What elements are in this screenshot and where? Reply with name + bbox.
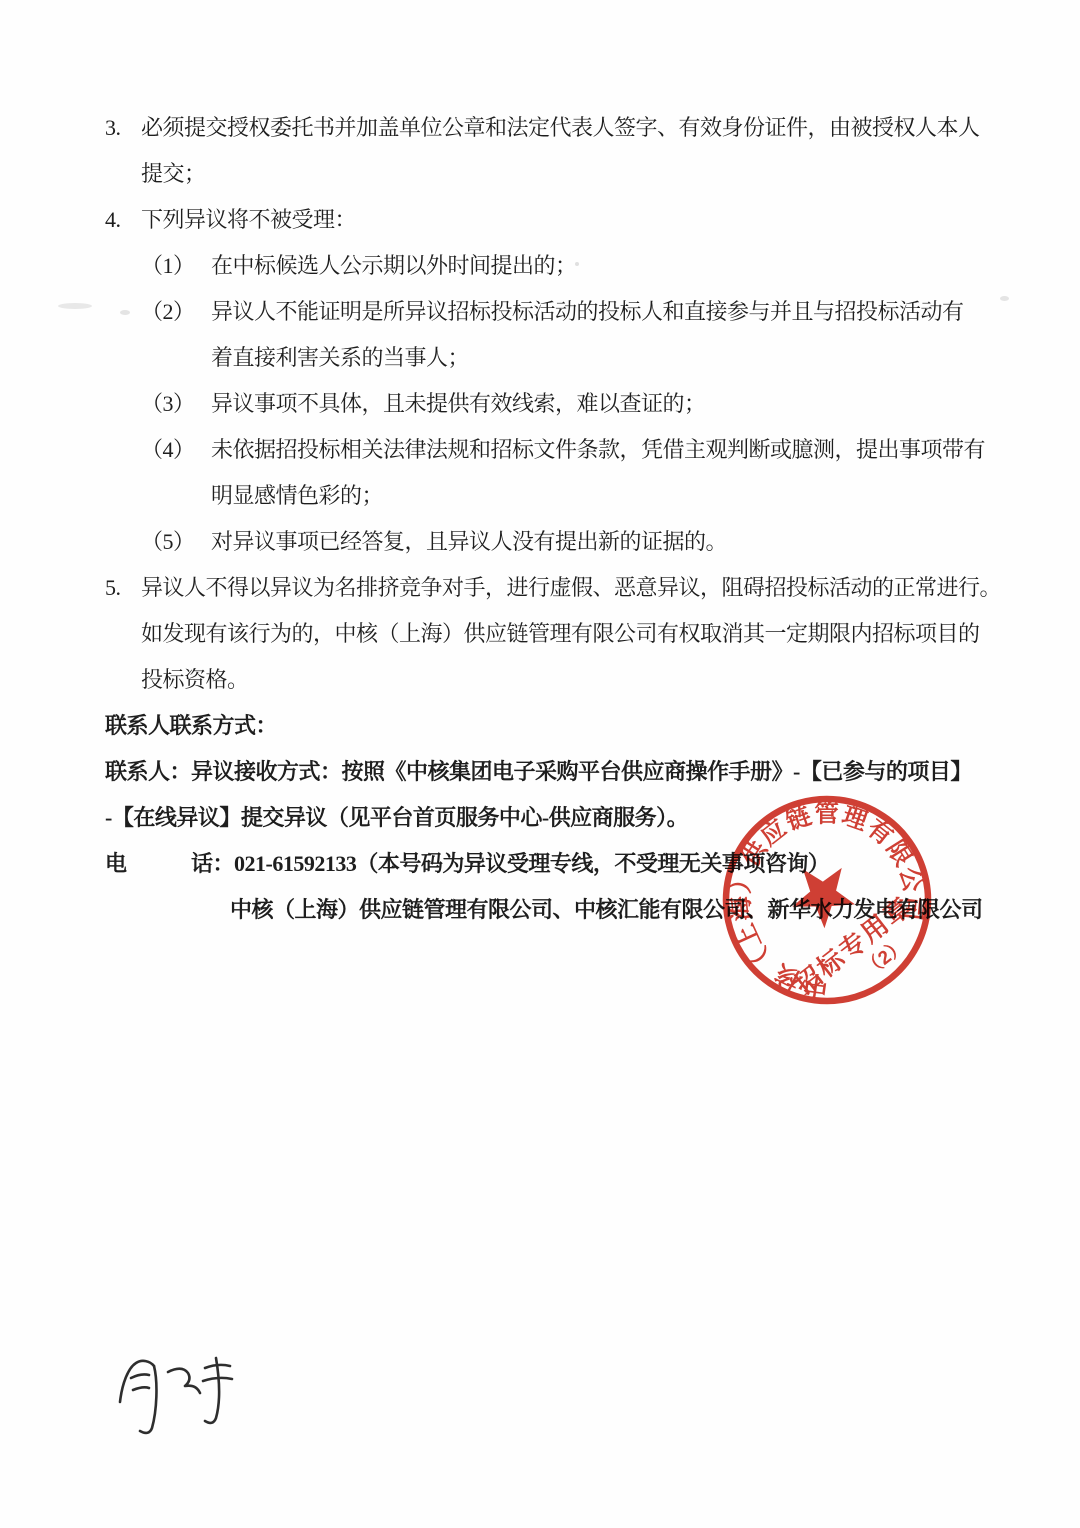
contact-heading: 联系人联系方式： bbox=[105, 703, 979, 749]
subclause-3-line-1: （3） 异议事项不具体，且未提供有效线索，难以查证的； bbox=[105, 381, 979, 427]
clause-4-line-1: 4. 下列异议将不被受理： bbox=[105, 197, 979, 243]
subclause-3-text: 异议事项不具体，且未提供有效线索，难以查证的； bbox=[211, 381, 706, 427]
seal-star-icon bbox=[778, 850, 864, 936]
subclause-5-marker: （5） bbox=[141, 519, 211, 565]
clause-3-marker: 3. bbox=[105, 105, 141, 151]
subclause-2-line-2: 着直接利害关系的当事人； bbox=[105, 335, 979, 381]
scan-noise-speck bbox=[1000, 296, 1009, 301]
subclause-2-marker: （2） bbox=[141, 289, 211, 335]
subclause-5-text: 对异议事项已经答复，且异议人没有提出新的证据的。 bbox=[211, 519, 727, 565]
subclause-4-marker: （4） bbox=[141, 427, 211, 473]
subclause-2-text: 异议人不能证明是所异议招标投标活动的投标人和直接参与并且与招投标活动有 bbox=[211, 289, 964, 335]
scan-noise-speck bbox=[58, 303, 92, 309]
clause-3-line-1: 3. 必须提交授权委托书并加盖单位公章和法定代表人签字、有效身份证件，由被授权人… bbox=[105, 105, 979, 151]
clause-5-line-2: 如发现有该行为的，中核（上海）供应链管理有限公司有权取消其一定期限内招标项目的 bbox=[105, 611, 979, 657]
subclause-3-marker: （3） bbox=[141, 381, 211, 427]
subclause-1-line-1: （1） 在中标候选人公示期以外时间提出的； bbox=[105, 243, 979, 289]
subclause-1-text: 在中标候选人公示期以外时间提出的； bbox=[211, 243, 577, 289]
clause-5-marker: 5. bbox=[105, 565, 141, 611]
clause-5-line-3: 投标资格。 bbox=[105, 657, 979, 703]
handwritten-signature bbox=[98, 1344, 268, 1454]
company-seal-stamp: 中核（上海）供应链管理有限公司 招标专用章 （2） bbox=[718, 791, 936, 1009]
clause-5-line-1: 5. 异议人不得以异议为名排挤竞争对手，进行虚假、恶意异议，阻碍招投标活动的正常… bbox=[105, 565, 979, 611]
clause-3-line-2: 提交； bbox=[105, 151, 979, 197]
clause-3-text: 必须提交授权委托书并加盖单位公章和法定代表人签字、有效身份证件，由被授权人本人 bbox=[141, 105, 980, 151]
clause-4-text: 下列异议将不被受理： bbox=[141, 197, 356, 243]
scan-noise-speck bbox=[575, 262, 579, 266]
subclause-5-line-1: （5） 对异议事项已经答复，且异议人没有提出新的证据的。 bbox=[105, 519, 979, 565]
subclause-4-line-2: 明显感情色彩的； bbox=[105, 473, 979, 519]
subclause-2-line-1: （2） 异议人不能证明是所异议招标投标活动的投标人和直接参与并且与招投标活动有 bbox=[105, 289, 979, 335]
subclause-4-line-1: （4） 未依据招投标相关法律法规和招标文件条款，凭借主观判断或臆测，提出事项带有 bbox=[105, 427, 979, 473]
clause-4-marker: 4. bbox=[105, 197, 141, 243]
document-page: 3. 必须提交授权委托书并加盖单位公章和法定代表人签字、有效身份证件，由被授权人… bbox=[0, 0, 1080, 1528]
scan-noise-speck bbox=[120, 310, 130, 315]
subclause-4-text: 未依据招投标相关法律法规和招标文件条款，凭借主观判断或臆测，提出事项带有 bbox=[211, 427, 985, 473]
clause-5-text: 异议人不得以异议为名排挤竞争对手，进行虚假、恶意异议，阻碍招投标活动的正常进行。 bbox=[141, 565, 1001, 611]
subclause-1-marker: （1） bbox=[141, 243, 211, 289]
contact-line-1: 联系人：异议接收方式：按照《中核集团电子采购平台供应商操作手册》-【已参与的项目… bbox=[105, 749, 979, 795]
